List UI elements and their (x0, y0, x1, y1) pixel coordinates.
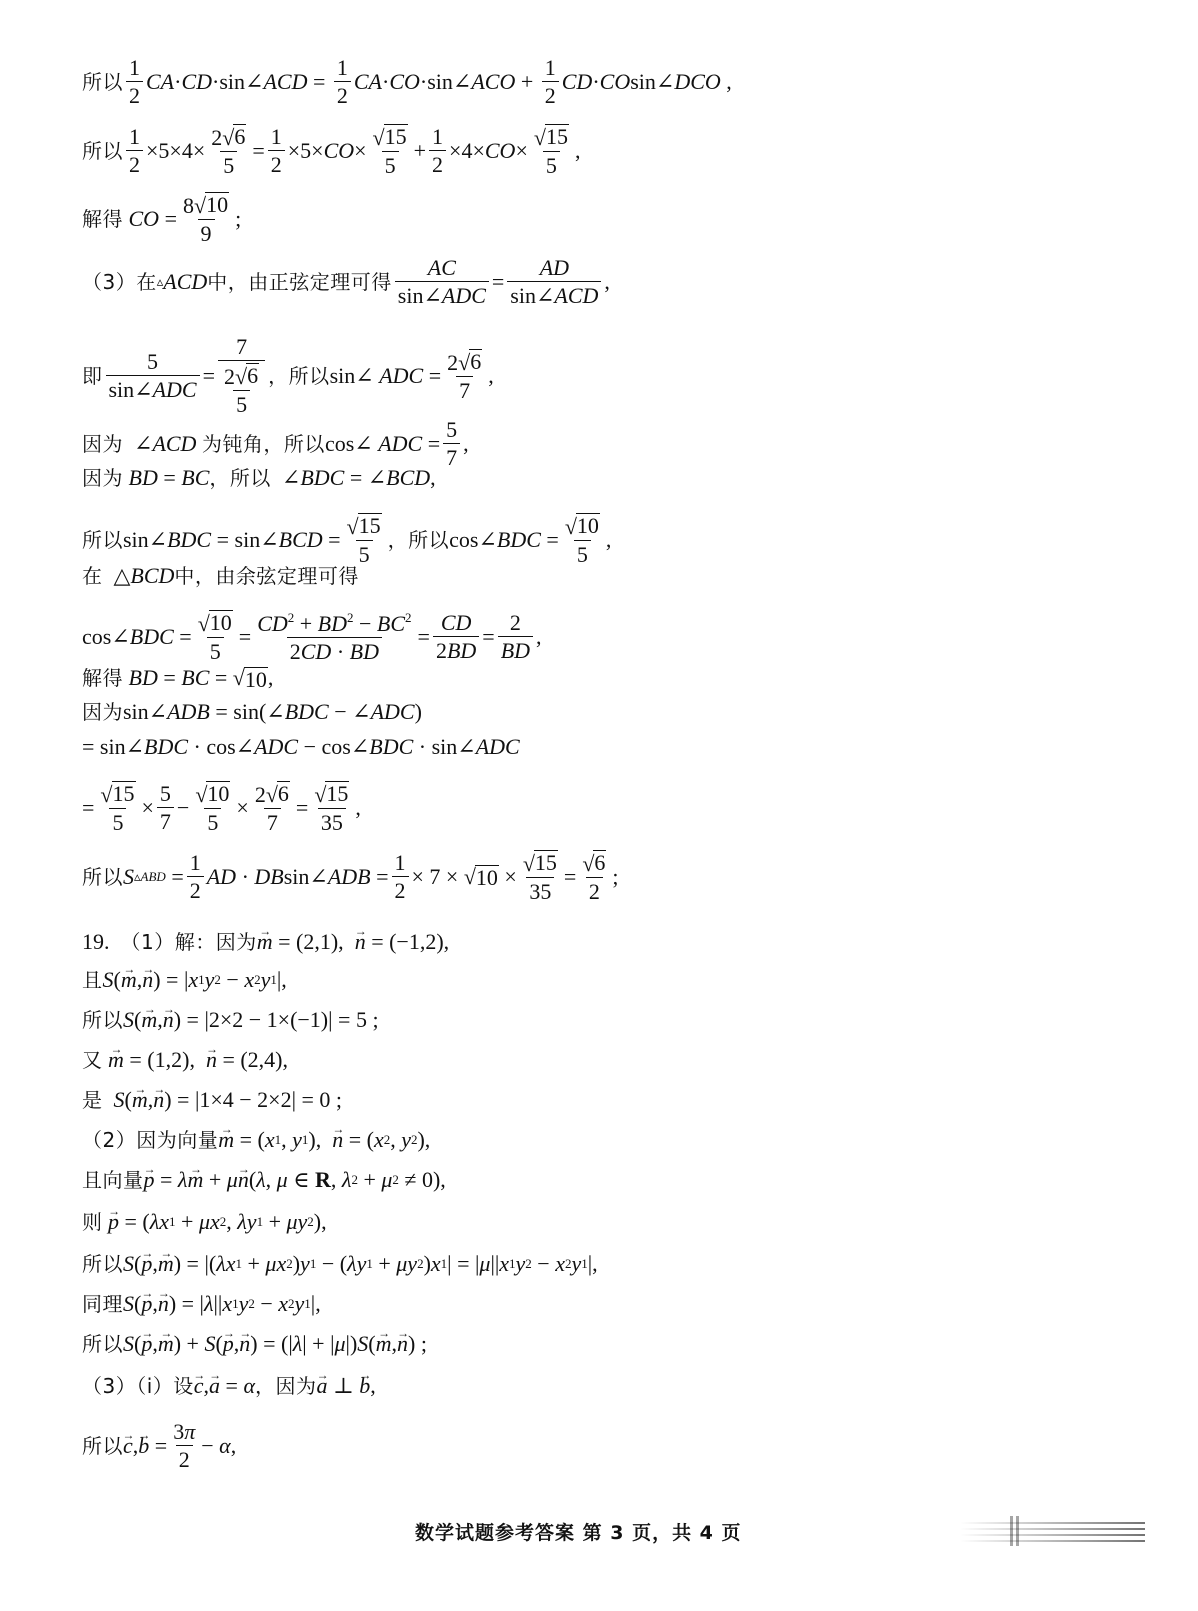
eq-cos-adc: 因为 ∠ACD 为钝角，所以 cos∠ ADC = 57, (82, 418, 469, 469)
eq-solve-bd: 解得 BD = BC = √10, (82, 664, 273, 692)
q19-s-sum: 所以 S(p,m) + S(p,n) = (|λ| + |μ|)S(m,n) ; (82, 1330, 427, 1358)
q19-s-pn: 同理 S(p,n) = |λ||x1y2 − x2y1|, (82, 1290, 321, 1318)
q19-part2-given: （2）因为向量 m = (x1, y1), n = (x2, y2), (82, 1126, 430, 1154)
eq-area-split: 所以 12 CA·CD·sin∠ACD = 12 CA·CO·sin∠ACO +… (82, 56, 732, 107)
eq-sin-adb: 因为 sin∠ADB = sin(∠BDC − ∠ADC) (82, 698, 422, 726)
eq-area-values: 所以 12×5×4× 2√65= 12×5×CO× √155+ 12×4×CO×… (82, 124, 580, 177)
q19-s-pm: 所以 S(p,m) = |(λx1 + μx2)y1 − (λy1 + μy2)… (82, 1250, 598, 1278)
q19-angle-cb: 所以 c,b = 3π2− α, (82, 1420, 236, 1471)
page-footer: 数学试题参考答案 第 3 页，共 4 页 (415, 1518, 742, 1545)
q19-def-s: 且 S(m,n) = |x1y2 − x2y1|, (82, 966, 287, 994)
eq-sin-adc: 即 5sin∠ADC= 72√65 ，所以 sin∠ ADC = 2√67, (82, 335, 494, 416)
eq-sin-diff-expand: = sin∠BDC · cos∠ADC − cos∠BDC · sin∠ADC (82, 733, 520, 761)
answer-key-page: 所以 12 CA·CD·sin∠ACD = 12 CA·CO·sin∠ACO +… (0, 0, 1198, 1611)
q19-part3-intro: （3）（i）设 c,a = α ，因为 a ⊥ b, (82, 1372, 376, 1400)
q19-part1-given: 19. （1）解：因为 m = (2,1), n = (−1,2), (82, 928, 449, 956)
eq-area-abd: 所以 S▵ABD = 12 AD · DBsin∠ADB = 12× 7 × √… (82, 850, 619, 903)
q19-vector-p: 且向量 p = λm + μn(λ, μ ∈ R, λ2 + μ2 ≠ 0), (82, 1166, 446, 1194)
eq-cosine-rule: cos∠BDC = √105= CD2 + BD2 − BC22CD · BD=… (82, 610, 542, 663)
eq-solve-co: 解得 CO = 8√109; (82, 192, 241, 245)
q19-s-value-5: 所以 S(m,n) = |2×2 − 1×(−1)| = 5 ; (82, 1006, 379, 1034)
watermark-graphic (960, 1516, 1145, 1546)
eq-sin-cos-bdc: 所以 sin∠BDC = sin∠BCD = √155 ，所以 cos∠BDC … (82, 513, 611, 566)
q19-s-value-0: 是 S(m,n) = |1×4 − 2×2| = 0 ; (82, 1086, 342, 1114)
eq-sin-adb-value: = √155× 57− √105× 2√67= √1535, (82, 781, 361, 834)
q19-p-coords: 则 p = (λx1 + μx2, λy1 + μy2), (82, 1208, 327, 1236)
eq-bd-bc: 因为 BD = BC ，所以 ∠BDC = ∠BCD, (82, 464, 436, 492)
cosine-rule-intro: 在 △BCD 中，由余弦定理可得 (82, 562, 359, 590)
part-3-sine-rule: （3）在 ▵ACD 中，由正弦定理可得 ACsin∠ADC= ADsin∠ACD… (82, 256, 610, 307)
q19-given-2: 又 m = (1,2), n = (2,4), (82, 1046, 288, 1074)
